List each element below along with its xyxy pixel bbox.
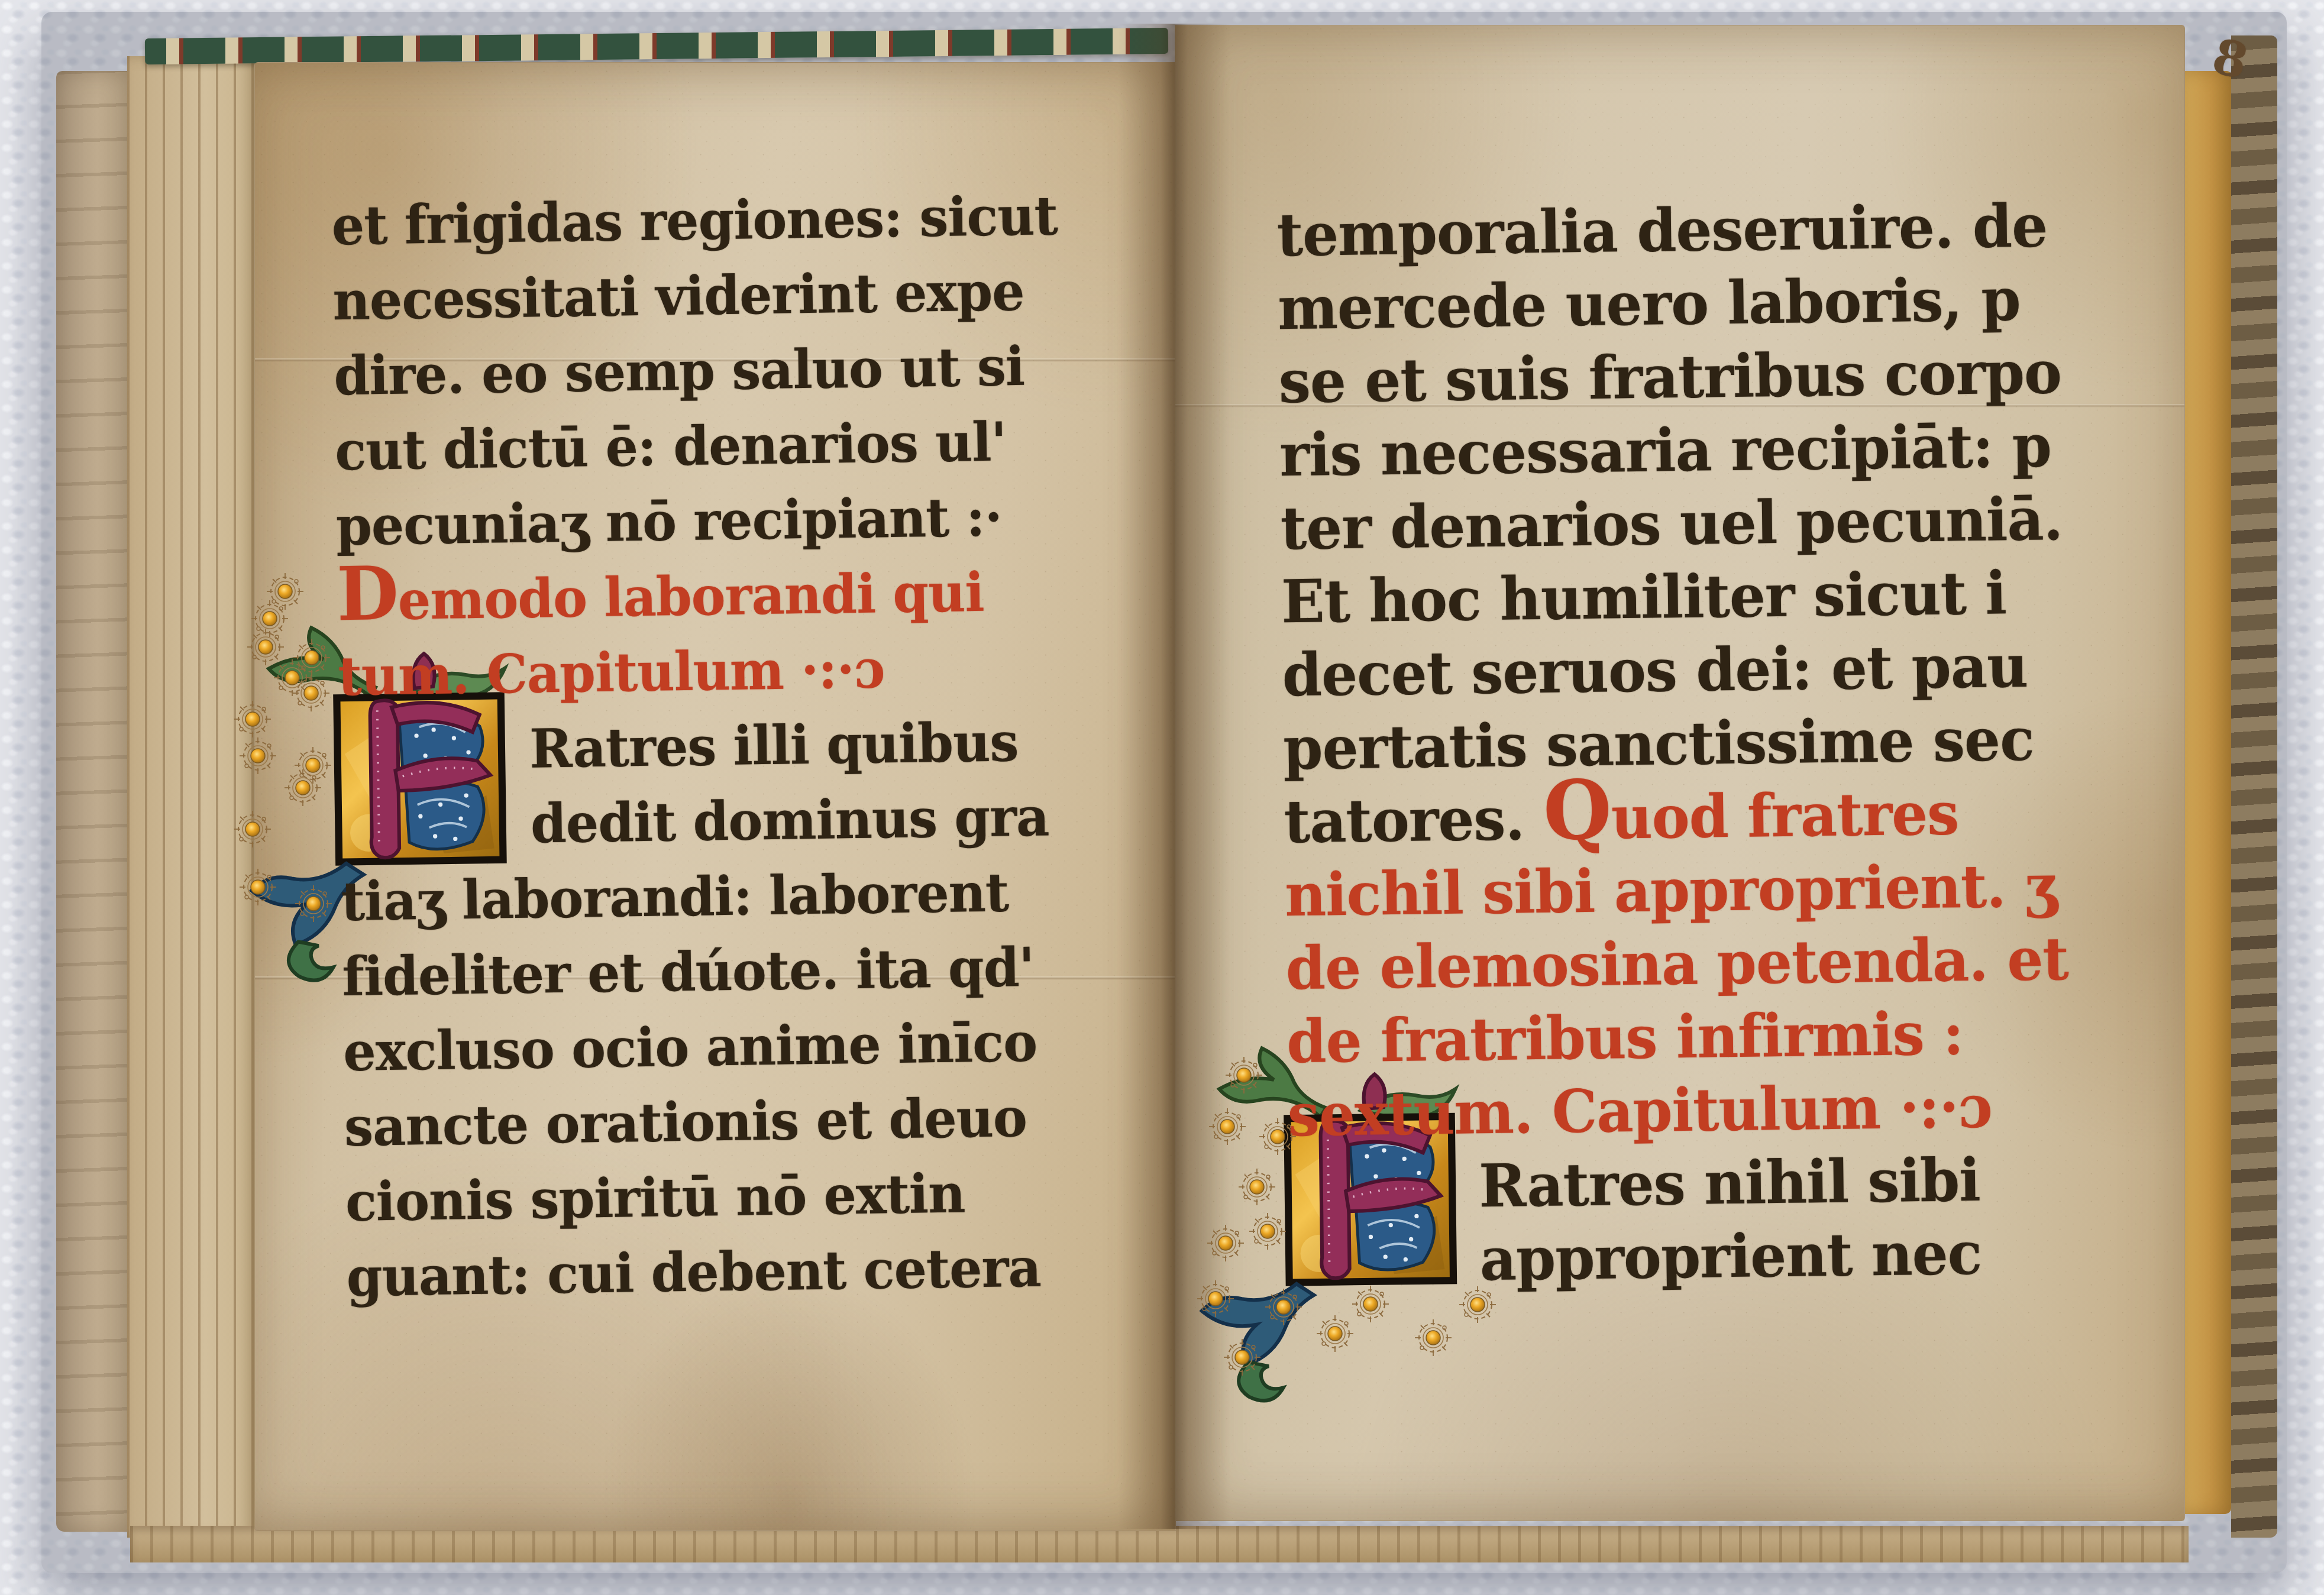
rubric-text: nichil sibi approprient. ʒ [1285, 851, 2057, 930]
rubric-text: tum. Capitulum ·:·ɔ [338, 637, 885, 708]
manuscript-text-line: pertatis sanctissime sec [1283, 700, 2135, 787]
body-text: excluso ocio anime inīco [343, 1010, 1037, 1083]
body-text: mercede uero laboris, p [1278, 264, 2021, 343]
body-text: Ratres illi quibus [529, 710, 1019, 781]
gold-bezant-icon [294, 676, 328, 710]
rubric-text: de elemosina petenda. et [1285, 924, 2068, 1003]
body-text: Ratres nihil sibi [1479, 1145, 1981, 1221]
manuscript-text-line: Demodo laborandi qui [337, 551, 1098, 640]
manuscript-text-line: guant: cui debent cetera [346, 1227, 1107, 1316]
manuscript-text-line: pecuniaʒ nō recipiant :· [335, 476, 1097, 565]
manuscript-text-line: dire. eo semp saluo ut si [334, 326, 1095, 415]
manuscript-text-line: dedit dominus gra [340, 777, 1101, 865]
body-text: pertatis sanctissime sec [1283, 704, 2034, 783]
manuscript-text-line: Et hoc humiliter sicut i [1281, 554, 2134, 640]
body-text: dire. eo semp saluo ut si [334, 335, 1025, 407]
gold-bezant-icon [1225, 1340, 1259, 1374]
manuscript-text-line: se et suis fratribus corpo [1278, 334, 2131, 420]
manuscript-text-line: Ratres illi quibus [338, 701, 1100, 790]
rubric-text: Demodo laborandi qui [337, 553, 984, 640]
manuscript-text-line: tum. Capitulum ·:·ɔ [338, 626, 1099, 715]
manuscript-text-line: cionis spiritū nō extin [345, 1152, 1106, 1241]
body-text: ris necessaria recipiāt: p [1279, 411, 2052, 490]
rubric-text: sextum. Capitulum ·:·ɔ [1287, 1072, 1993, 1150]
gold-bezant-icon [1318, 1316, 1352, 1351]
body-text: cut dictū ē: denarios ul' [334, 410, 1006, 483]
manuscript-text-line: ter denarios uel pecuniā. [1280, 480, 2132, 567]
manuscript-text-line: approprient nec [1289, 1214, 2141, 1300]
manuscript-text-line: nichil sibi approprient. ʒ [1285, 847, 2137, 934]
body-text: tiaʒ laborandi: laborent [341, 860, 1009, 933]
body-text: ter denarios uel pecuniā. [1280, 484, 2063, 564]
manuscript-text-line: de elemosina petenda. et [1285, 920, 2138, 1007]
gold-bezant-icon [241, 739, 275, 773]
body-text: tatores. [1284, 784, 1544, 856]
gold-bezant-icon [296, 887, 331, 921]
manuscript-text-line: tiaʒ laborandi: laborent [341, 852, 1102, 940]
rubric-text: de fratribus infirmis : [1287, 999, 1964, 1076]
page-edges-left-stack [127, 56, 257, 1538]
manuscript-text-line: fideliter et dúote. ita qd' [342, 927, 1103, 1015]
manuscript-text-line: ris necessaria recipiāt: p [1279, 407, 2132, 494]
manuscript-text-line: sancte orationis et deuo [344, 1077, 1105, 1166]
manuscript-text-line: excluso ocio anime inīco [342, 1002, 1104, 1091]
gold-bezant-icon [1210, 1109, 1245, 1144]
manuscript-text-line: sextum. Capitulum ·:·ɔ [1287, 1067, 2139, 1154]
body-text: dedit dominus gra [530, 785, 1049, 855]
page-edges-bottom [130, 1526, 2189, 1562]
body-text: se et suis fratribus corpo [1278, 338, 2062, 417]
book-cover-left-edge [56, 71, 130, 1532]
gold-bezant-icon [1266, 1290, 1301, 1324]
gold-bezant-icon [235, 702, 270, 736]
gold-bezant-icon [1460, 1287, 1495, 1322]
gold-bezant-icon [1240, 1170, 1274, 1204]
body-text: pecuniaʒ nō recipiant :· [335, 485, 1002, 558]
manuscript-text-line: tatores. Quod fratres [1284, 774, 2136, 860]
gold-bezant-icon [235, 812, 270, 846]
gold-bezant-icon [1227, 1058, 1261, 1092]
gold-bezant-icon [1250, 1214, 1285, 1248]
body-text: cionis spiritū nō extin [345, 1162, 965, 1234]
body-text: decet seruos dei: et pau [1282, 631, 2028, 710]
gold-bezant-icon [1208, 1226, 1243, 1260]
gold-bezant-icon [286, 771, 320, 805]
gold-bezant-icon [1416, 1321, 1450, 1355]
body-text: Et hoc humiliter sicut i [1281, 558, 2007, 636]
manuscript-text-line: necessitati viderint expe [332, 251, 1094, 340]
gold-bezant-icon [241, 870, 275, 904]
body-text: sancte orationis et deuo [344, 1086, 1027, 1159]
gold-bezant-icon [248, 630, 283, 664]
page-edges-right-amber [2181, 71, 2231, 1514]
rubric-text: Quod fratres [1543, 776, 1959, 858]
manuscript-text-line: mercede uero laboris, p [1277, 260, 2129, 347]
manuscript-text-line: temporalia deseruire. de [1276, 187, 2129, 274]
book-cover-right-edge [2231, 35, 2277, 1538]
right-page-text-column: temporalia deseruire. demercede uero lab… [1276, 188, 2142, 1298]
manuscript-text-line: et frigidas regiones: sicut [331, 176, 1092, 265]
manuscript-text-line: Ratres nihil sibi [1288, 1140, 2141, 1227]
manuscript-text-line: decet seruos dei: et pau [1282, 627, 2134, 714]
manuscript-text-line: cut dictū ē: denarios ul' [334, 401, 1095, 490]
body-text: necessitati viderint expe [332, 260, 1024, 332]
body-text: fideliter et dúote. ita qd' [342, 935, 1035, 1008]
body-text: temporalia deseruire. de [1276, 191, 2048, 270]
left-page-text-column: et frigidas regiones: sicutnecessitati v… [331, 177, 1107, 1315]
gold-bezant-icon [1353, 1287, 1388, 1321]
body-text: guant: cui debent cetera [346, 1235, 1041, 1309]
gold-bezant-icon [1260, 1120, 1295, 1154]
body-text: et frigidas regiones: sicut [331, 184, 1058, 257]
gold-bezant-icon [1198, 1282, 1233, 1316]
body-text: approprient nec [1479, 1218, 1982, 1294]
manuscript-text-line: de fratribus infirmis : [1287, 994, 2139, 1080]
